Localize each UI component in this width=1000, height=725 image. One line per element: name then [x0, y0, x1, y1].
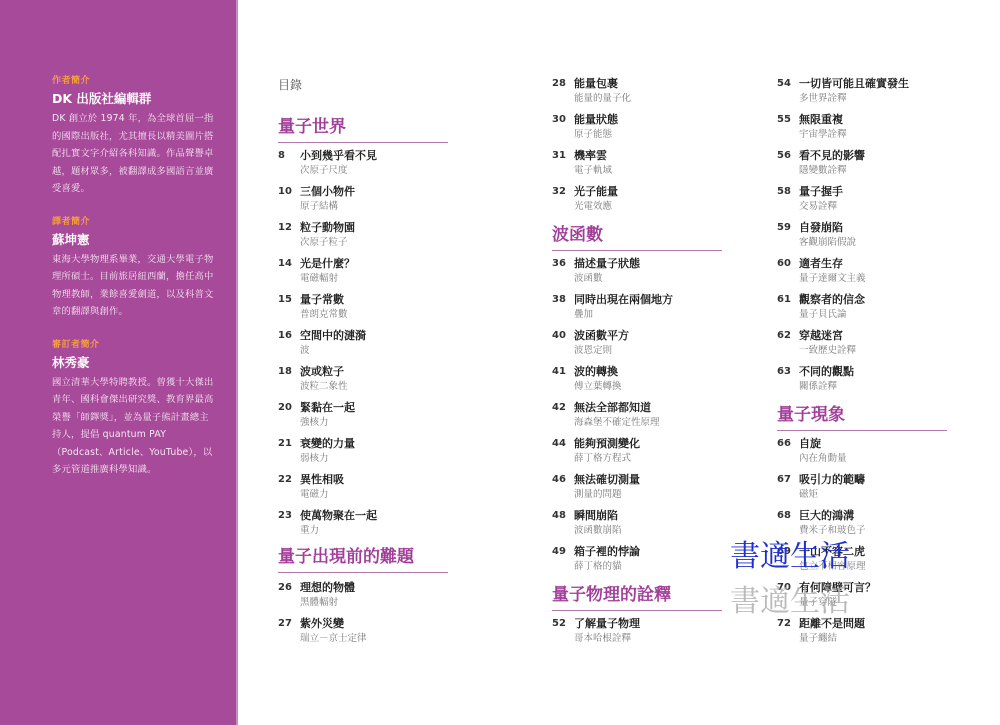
toc-entry[interactable]: 58量子握手交易詮釋: [777, 184, 949, 218]
page-number: 44: [552, 436, 572, 452]
toc-entry[interactable]: 66自旋內在角動量: [777, 436, 949, 470]
page-number: 56: [777, 148, 797, 164]
translator-bio: 譯者簡介 蘇坤憲 東海大學物理系畢業，交通大學電子物理所碩士。目前旅居紐西蘭，擔…: [52, 216, 217, 321]
entry-subtitle: 客觀崩陷假說: [799, 236, 856, 250]
entry-subtitle: 電子軌域: [574, 164, 612, 178]
entry-title: 了解量子物理: [574, 616, 640, 632]
entry-title: 適者生存: [799, 256, 843, 272]
entry-title: 三個小物件: [300, 184, 355, 200]
toc-entry[interactable]: 62穿越迷宮一致歷史詮釋: [777, 328, 949, 362]
page-number: 10: [278, 184, 298, 200]
entry-subtitle: 多世界詮釋: [799, 92, 847, 106]
page-number: 58: [777, 184, 797, 200]
page-number: 28: [552, 76, 572, 92]
entry-title: 空間中的漣漪: [300, 328, 366, 344]
entry-title: 無限重複: [799, 112, 843, 128]
page-number: 52: [552, 616, 572, 632]
entry-title: 能量包裹: [574, 76, 618, 92]
toc-entry[interactable]: 22異性相吸電磁力: [278, 472, 450, 506]
entry-title: 箱子裡的悖論: [574, 544, 640, 560]
entry-subtitle: 量子穿隧: [799, 596, 837, 610]
entry-title: 紫外災變: [300, 616, 344, 632]
page-number: 69: [777, 544, 797, 560]
entry-title: 觀察者的信念: [799, 292, 865, 308]
entry-subtitle: 量子貝氏論: [799, 308, 847, 322]
entry-subtitle: 原子能態: [574, 128, 612, 142]
page-number: 8: [278, 148, 298, 164]
toc-entry[interactable]: 70有何障壁可言？量子穿隧: [777, 580, 949, 614]
page-number: 55: [777, 112, 797, 128]
entry-title: 無法確切測量: [574, 472, 640, 488]
toc-entry[interactable]: 72距離不是問題量子纏結: [777, 616, 949, 650]
entry-subtitle: 原子結構: [300, 200, 338, 214]
toc-entry[interactable]: 44能夠預測變化薛丁格方程式: [552, 436, 724, 470]
entry-subtitle: 磁矩: [799, 488, 818, 502]
toc-entry[interactable]: 30能量狀態原子能態: [552, 112, 724, 146]
entry-title: 衰變的力量: [300, 436, 355, 452]
page-number: 41: [552, 364, 572, 380]
entry-subtitle: 弱核力: [300, 452, 329, 466]
entry-title: 小到幾乎看不見: [300, 148, 377, 164]
toc-entry[interactable]: 55無限重複宇宙學詮釋: [777, 112, 949, 146]
entry-subtitle: 一致歷史詮釋: [799, 344, 856, 358]
page-number: 63: [777, 364, 797, 380]
entry-subtitle: 量子達爾文主義: [799, 272, 866, 286]
entry-title: 無法全部都知道: [574, 400, 651, 416]
entry-subtitle: 疊加: [574, 308, 593, 322]
entry-subtitle: 波恩定則: [574, 344, 612, 358]
toc-entry[interactable]: 23使萬物聚在一起重力: [278, 508, 450, 542]
page-number: 72: [777, 616, 797, 632]
page-number: 31: [552, 148, 572, 164]
toc-entry[interactable]: 69一山不容二虎包立不相容原理: [777, 544, 949, 578]
toc-entry[interactable]: 59自發崩陷客觀崩陷假說: [777, 220, 949, 254]
entry-subtitle: 宇宙學詮釋: [799, 128, 847, 142]
toc-entry[interactable]: 52了解量子物理哥本哈根詮釋: [552, 616, 724, 650]
reviewer-bio: 審訂者簡介 林秀豪 國立清華大學特聘教授。曾獲十大傑出青年、國科會傑出研究獎、教…: [52, 339, 217, 479]
toc-entry[interactable]: 54一切皆可能且確實發生多世界詮釋: [777, 76, 949, 110]
entry-subtitle: 能量的量子化: [574, 92, 631, 106]
entry-subtitle: 波粒二象性: [300, 380, 348, 394]
toc-entry[interactable]: 48瞬間崩陷波函數崩陷: [552, 508, 724, 542]
entry-subtitle: 瑞立－京士定律: [300, 632, 367, 646]
page-number: 15: [278, 292, 298, 308]
entry-subtitle: 波函數: [574, 272, 603, 286]
entry-title: 自發崩陷: [799, 220, 843, 236]
entry-title: 理想的物體: [300, 580, 355, 596]
page-number: 68: [777, 508, 797, 524]
entry-title: 異性相吸: [300, 472, 344, 488]
page-number: 66: [777, 436, 797, 452]
toc-entry[interactable]: 38同時出現在兩個地方疊加: [552, 292, 724, 326]
page-number: 46: [552, 472, 572, 488]
page-number: 27: [278, 616, 298, 632]
toc-entry[interactable]: 16空間中的漣漪波: [278, 328, 450, 362]
toc-entry[interactable]: 60適者生存量子達爾文主義: [777, 256, 949, 290]
toc-entry[interactable]: 63不同的觀點關係詮釋: [777, 364, 949, 398]
page-number: 62: [777, 328, 797, 344]
toc-entry[interactable]: 42無法全部都知道海森堡不確定性原理: [552, 400, 724, 434]
toc-entry[interactable]: 68巨大的鴻溝費米子和玻色子: [777, 508, 949, 542]
author-name: DK 出版社編輯群: [52, 90, 217, 108]
entry-subtitle: 波函數崩陷: [574, 524, 622, 538]
page-number: 67: [777, 472, 797, 488]
entry-subtitle: 隱變數詮釋: [799, 164, 847, 178]
entry-title: 光子能量: [574, 184, 618, 200]
entry-title: 緊黏在一起: [300, 400, 355, 416]
entry-subtitle: 波: [300, 344, 310, 358]
section-heading: 波函數: [552, 224, 722, 251]
entry-subtitle: 量子纏結: [799, 632, 837, 646]
entry-subtitle: 電磁力: [300, 488, 329, 502]
entry-title: 一山不容二虎: [799, 544, 865, 560]
entry-title: 瞬間崩陷: [574, 508, 618, 524]
translator-name: 蘇坤憲: [52, 231, 217, 249]
toc-entry[interactable]: 20緊黏在一起強核力: [278, 400, 450, 434]
toc-entry[interactable]: 61觀察者的信念量子貝氏論: [777, 292, 949, 326]
entry-title: 機率雲: [574, 148, 607, 164]
entry-title: 波的轉換: [574, 364, 618, 380]
toc-entry[interactable]: 14光是什麼？電磁輻射: [278, 256, 450, 290]
page-number: 36: [552, 256, 572, 272]
toc-entry[interactable]: 32光子能量光電效應: [552, 184, 724, 218]
translator-label: 譯者簡介: [52, 216, 217, 229]
page-number: 48: [552, 508, 572, 524]
entry-title: 有何障壁可言？: [799, 580, 876, 596]
toc-entry[interactable]: 36描述量子狀態波函數: [552, 256, 724, 290]
toc-entry[interactable]: 12粒子動物園次原子粒子: [278, 220, 450, 254]
entry-title: 粒子動物園: [300, 220, 355, 236]
page-number: 18: [278, 364, 298, 380]
toc-title: 目錄: [278, 76, 302, 93]
toc-entry[interactable]: 26理想的物體黑體輻射: [278, 580, 450, 614]
section-heading: 量子物理的詮釋: [552, 584, 722, 611]
page-number: 26: [278, 580, 298, 596]
entry-title: 一切皆可能且確實發生: [799, 76, 909, 92]
entry-subtitle: 普朗克常數: [300, 308, 348, 322]
toc-entry[interactable]: 10三個小物件原子結構: [278, 184, 450, 218]
toc-entry[interactable]: 46無法確切測量測量的問題: [552, 472, 724, 506]
toc-entry[interactable]: 27紫外災變瑞立－京士定律: [278, 616, 450, 650]
entry-title: 能夠預測變化: [574, 436, 640, 452]
entry-subtitle: 哥本哈根詮釋: [574, 632, 631, 646]
reviewer-label: 審訂者簡介: [52, 339, 217, 352]
toc-entry[interactable]: 41波的轉換傅立葉轉換: [552, 364, 724, 398]
entry-subtitle: 交易詮釋: [799, 200, 837, 214]
entry-subtitle: 光電效應: [574, 200, 612, 214]
page-number: 54: [777, 76, 797, 92]
entry-subtitle: 重力: [300, 524, 319, 538]
entry-subtitle: 包立不相容原理: [799, 560, 866, 574]
section-heading: 量子出現前的難題: [278, 546, 448, 573]
entry-title: 量子常數: [300, 292, 344, 308]
page-number: 21: [278, 436, 298, 452]
entry-subtitle: 強核力: [300, 416, 329, 430]
entry-subtitle: 海森堡不確定性原理: [574, 416, 660, 430]
page-number: 12: [278, 220, 298, 236]
reviewer-name: 林秀豪: [52, 354, 217, 372]
page-number: 32: [552, 184, 572, 200]
page-number: 22: [278, 472, 298, 488]
entry-subtitle: 次原子尺度: [300, 164, 348, 178]
entry-subtitle: 薛丁格的貓: [574, 560, 622, 574]
page-number: 59: [777, 220, 797, 236]
entry-subtitle: 費米子和玻色子: [799, 524, 866, 538]
entry-subtitle: 黑體輻射: [300, 596, 338, 610]
toc-entry[interactable]: 8小到幾乎看不見次原子尺度: [278, 148, 450, 182]
toc-entry[interactable]: 31機率雲電子軌域: [552, 148, 724, 182]
entry-title: 穿越迷宮: [799, 328, 843, 344]
entry-title: 不同的觀點: [799, 364, 854, 380]
entry-title: 距離不是問題: [799, 616, 865, 632]
page-number: 38: [552, 292, 572, 308]
entry-title: 同時出現在兩個地方: [574, 292, 673, 308]
entry-title: 巨大的鴻溝: [799, 508, 854, 524]
page-number: 42: [552, 400, 572, 416]
author-text: DK 創立於 1974 年，為全球首屈一指的國際出版社，尤其擅長以精美圖片搭配扎…: [52, 110, 217, 198]
entry-subtitle: 測量的問題: [574, 488, 622, 502]
entry-subtitle: 傅立葉轉換: [574, 380, 622, 394]
page-number: 16: [278, 328, 298, 344]
entry-title: 描述量子狀態: [574, 256, 640, 272]
entry-title: 吸引力的範疇: [799, 472, 865, 488]
entry-title: 光是什麼？: [300, 256, 355, 272]
entry-title: 看不見的影響: [799, 148, 865, 164]
page-number: 14: [278, 256, 298, 272]
toc-entry[interactable]: 40波函數平方波恩定則: [552, 328, 724, 362]
entry-title: 波函數平方: [574, 328, 629, 344]
page-number: 30: [552, 112, 572, 128]
author-label: 作者簡介: [52, 75, 217, 88]
translator-text: 東海大學物理系畢業，交通大學電子物理所碩士。目前旅居紐西蘭，擔任高中物理教師，業…: [52, 251, 217, 321]
entry-title: 能量狀態: [574, 112, 618, 128]
toc-entry[interactable]: 56看不見的影響隱變數詮釋: [777, 148, 949, 182]
entry-subtitle: 內在角動量: [799, 452, 847, 466]
entry-subtitle: 關係詮釋: [799, 380, 837, 394]
entry-subtitle: 薛丁格方程式: [574, 452, 631, 466]
toc-entry[interactable]: 21衰變的力量弱核力: [278, 436, 450, 470]
entry-title: 自旋: [799, 436, 821, 452]
page-number: 49: [552, 544, 572, 560]
page-number: 20: [278, 400, 298, 416]
entry-title: 使萬物聚在一起: [300, 508, 377, 524]
entry-title: 波或粒子: [300, 364, 344, 380]
entry-title: 量子握手: [799, 184, 843, 200]
toc-entry[interactable]: 67吸引力的範疇磁矩: [777, 472, 949, 506]
page-number: 40: [552, 328, 572, 344]
toc-entry[interactable]: 18波或粒子波粒二象性: [278, 364, 450, 398]
page-number: 23: [278, 508, 298, 524]
reviewer-text: 國立清華大學特聘教授。曾獲十大傑出青年、國科會傑出研究獎、教育界最高榮譽「師鐸獎…: [52, 374, 217, 479]
entry-subtitle: 電磁輻射: [300, 272, 338, 286]
page-number: 61: [777, 292, 797, 308]
section-heading: 量子世界: [278, 116, 448, 143]
author-bio: 作者簡介 DK 出版社編輯群 DK 創立於 1974 年，為全球首屈一指的國際出…: [52, 75, 217, 198]
toc-entry[interactable]: 28能量包裹能量的量子化: [552, 76, 724, 110]
page-number: 60: [777, 256, 797, 272]
section-heading: 量子現象: [777, 404, 947, 431]
toc-entry[interactable]: 49箱子裡的悖論薛丁格的貓: [552, 544, 724, 578]
toc-entry[interactable]: 15量子常數普朗克常數: [278, 292, 450, 326]
author-bio-panel: 作者簡介 DK 出版社編輯群 DK 創立於 1974 年，為全球首屈一指的國際出…: [0, 0, 238, 725]
entry-subtitle: 次原子粒子: [300, 236, 348, 250]
page-number: 70: [777, 580, 797, 596]
